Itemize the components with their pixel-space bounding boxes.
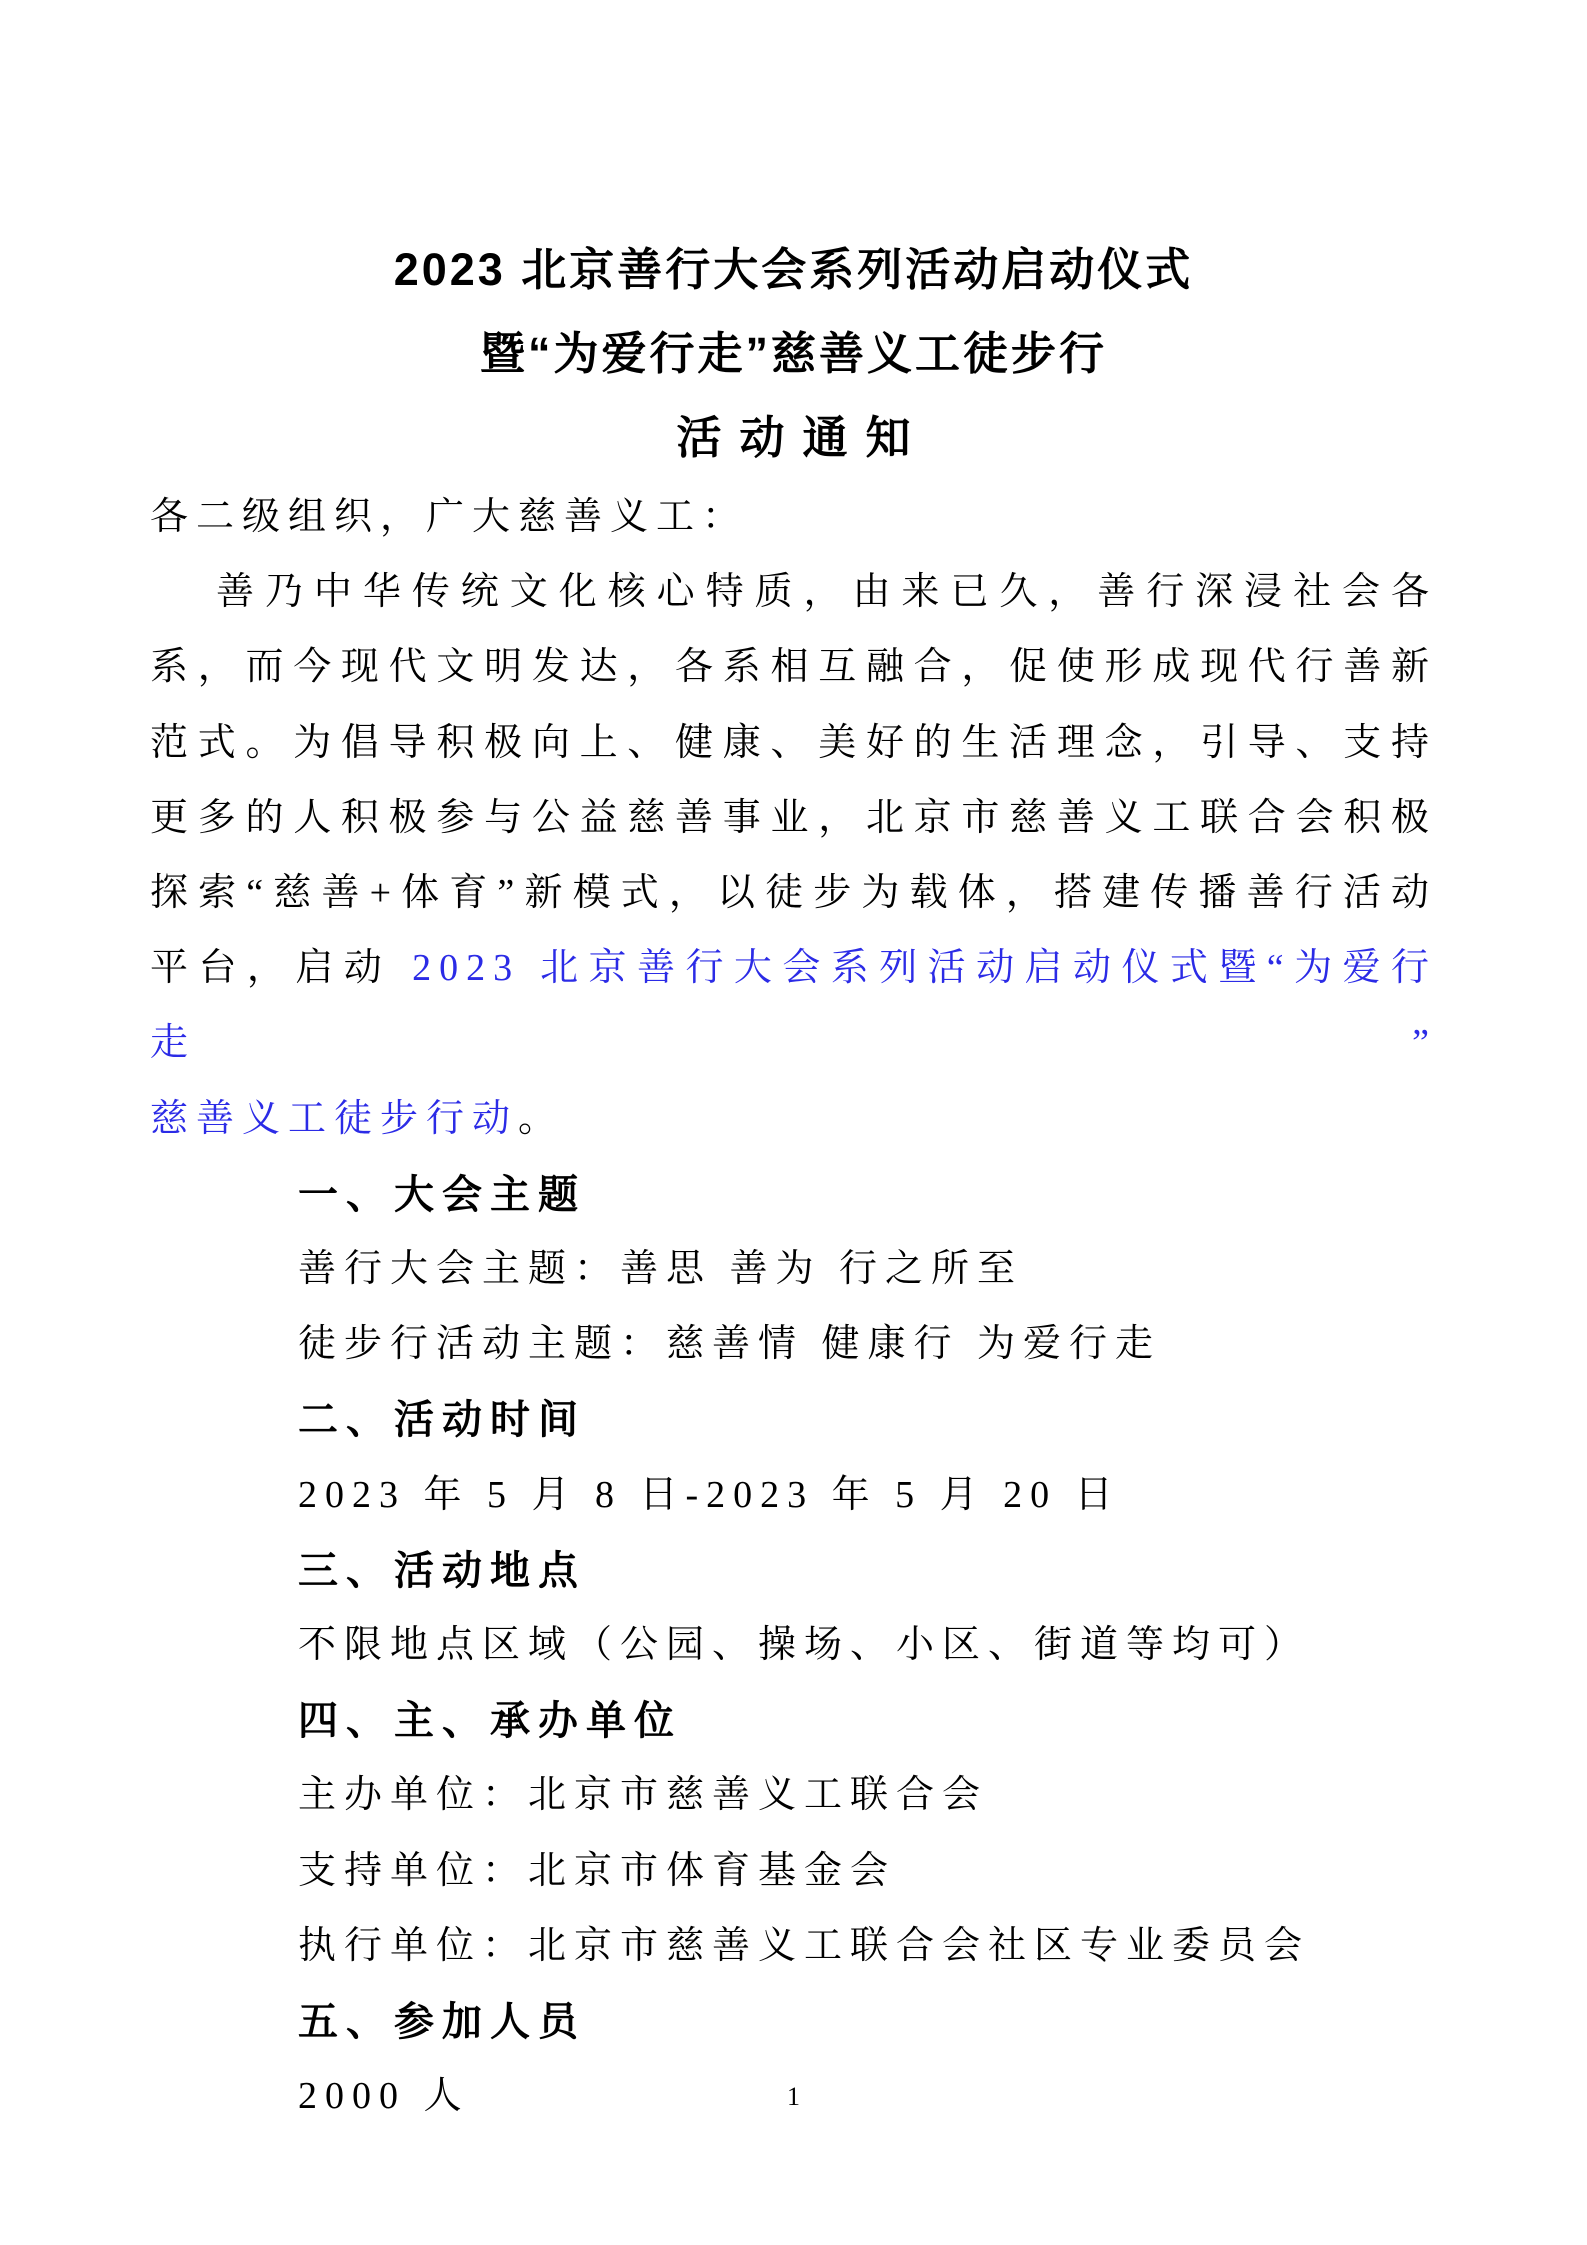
section-heading-5: 五、参加人员 xyxy=(150,1984,1437,2059)
section-1-item-1: 善行大会主题：善思 善为 行之所至 xyxy=(150,1232,1437,1307)
paragraph-line-5: 探索“慈善+体育”新模式，以徒步为载体，搭建传播善行活动 xyxy=(150,856,1437,931)
section-heading-4: 四、主、承办单位 xyxy=(150,1683,1437,1758)
section-3-item-1: 不限地点区域（公园、操场、小区、街道等均可） xyxy=(150,1608,1437,1683)
salutation: 各二级组织，广大慈善义工： xyxy=(150,480,1437,555)
title-block: 2023 北京善行大会系列活动启动仪式 暨“为爱行走”慈善义工徒步行 活动通知 xyxy=(0,228,1587,480)
paragraph-line-7: 慈善义工徒步行动。 xyxy=(150,1082,1437,1157)
title-line-1: 2023 北京善行大会系列活动启动仪式 xyxy=(0,228,1587,312)
paragraph-line-4: 更多的人积极参与公益慈善事业，北京市慈善义工联合会积极 xyxy=(150,781,1437,856)
paragraph-line-7-period: 。 xyxy=(518,1098,564,1140)
paragraph-line-2: 系，而今现代文明发达，各系相互融合，促使形成现代行善新 xyxy=(150,630,1437,705)
paragraph-line-6: 平台，启动 2023 北京善行大会系列活动启动仪式暨“为爱行走” xyxy=(150,931,1437,1081)
event-hyperlink-part-2[interactable]: 慈善义工徒步行动 xyxy=(150,1098,518,1140)
section-4-item-3: 执行单位：北京市慈善义工联合会社区专业委员会 xyxy=(150,1909,1437,1984)
document-page: 2023 北京善行大会系列活动启动仪式 暨“为爱行走”慈善义工徒步行 活动通知 … xyxy=(0,0,1587,2245)
section-heading-1: 一、大会主题 xyxy=(150,1157,1437,1232)
title-line-2: 暨“为爱行走”慈善义工徒步行 xyxy=(0,312,1587,396)
paragraph-line-1: 善乃中华传统文化核心特质，由来已久，善行深浸社会各 xyxy=(150,555,1437,630)
title-line-3: 活动通知 xyxy=(0,396,1587,480)
body-block: 各二级组织，广大慈善义工： 善乃中华传统文化核心特质，由来已久，善行深浸社会各 … xyxy=(150,480,1437,2134)
section-4-item-2: 支持单位：北京市体育基金会 xyxy=(150,1834,1437,1909)
paragraph-line-3: 范式。为倡导积极向上、健康、美好的生活理念，引导、支持 xyxy=(150,706,1437,781)
section-4-item-1: 主办单位：北京市慈善义工联合会 xyxy=(150,1758,1437,1833)
paragraph-line-6-text: 平台，启动 xyxy=(150,947,412,989)
page-number: 1 xyxy=(0,2082,1587,2112)
section-heading-3: 三、活动地点 xyxy=(150,1533,1437,1608)
section-heading-2: 二、活动时间 xyxy=(150,1382,1437,1457)
section-1-item-2: 徒步行活动主题：慈善情 健康行 为爱行走 xyxy=(150,1307,1437,1382)
section-2-item-1: 2023 年 5 月 8 日-2023 年 5 月 20 日 xyxy=(150,1458,1437,1533)
